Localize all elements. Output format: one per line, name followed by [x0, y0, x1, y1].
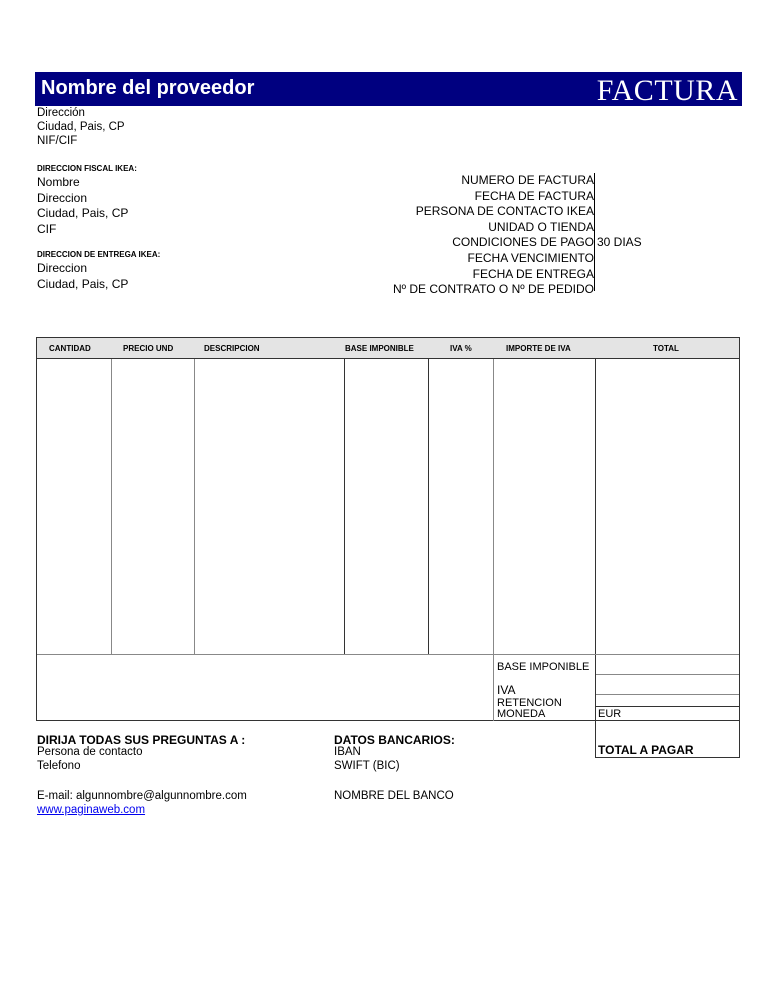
- website-link[interactable]: www.paginaweb.com: [37, 804, 145, 816]
- invoice-info-labels: NUMERO DE FACTURA FECHA DE FACTURA PERSO…: [393, 173, 594, 298]
- field-label-invoice-number: NUMERO DE FACTURA: [393, 173, 594, 189]
- summary-label-currency: MONEDA: [497, 708, 545, 720]
- col-header-description: DESCRIPCION: [204, 344, 260, 353]
- field-label-invoice-date: FECHA DE FACTURA: [393, 189, 594, 205]
- delivery-street: Direccion: [37, 261, 128, 277]
- col-header-unit-price: PRECIO UND: [123, 344, 173, 353]
- bank-info: IBAN SWIFT (BIC): [334, 745, 400, 773]
- field-label-unit-store: UNIDAD O TIENDA: [393, 220, 594, 236]
- col-header-tax-base: BASE IMPONIBLE: [345, 344, 414, 353]
- total-to-pay-box[interactable]: TOTAL A PAGAR: [595, 721, 740, 758]
- contact-email[interactable]: E-mail: algunnombre@algunnombre.com: [37, 789, 247, 803]
- vendor-address-line: Dirección: [37, 106, 125, 120]
- col-header-vat-amount: IMPORTE DE IVA: [506, 344, 571, 353]
- col-header-vat-pct: IVA %: [450, 344, 472, 353]
- vendor-city-line: Ciudad, Pais, CP: [37, 120, 125, 134]
- total-to-pay-label: TOTAL A PAGAR: [598, 743, 694, 757]
- summary-label-vat: IVA: [497, 683, 515, 697]
- bank-name: NOMBRE DEL BANCO: [334, 789, 454, 803]
- contact-person: Persona de contacto: [37, 745, 143, 759]
- field-label-due-date: FECHA VENCIMIENTO: [393, 251, 594, 267]
- field-value-payment-terms[interactable]: 30 DIAS: [597, 235, 642, 249]
- summary-value-vat[interactable]: [596, 675, 742, 694]
- field-label-contract-order: Nº DE CONTRATO O Nº DE PEDIDO: [393, 282, 594, 298]
- summary-value-tax-base[interactable]: [596, 659, 742, 674]
- items-body[interactable]: [37, 359, 739, 654]
- summary-divider: [596, 706, 739, 707]
- contact-info: Persona de contacto Telefono: [37, 745, 143, 773]
- bank-iban: IBAN: [334, 745, 400, 759]
- field-label-delivery-date: FECHA DE ENTREGA: [393, 267, 594, 283]
- vendor-name: Nombre del proveedor: [41, 77, 254, 100]
- vendor-address: Dirección Ciudad, Pais, CP NIF/CIF: [37, 106, 125, 148]
- delivery-address: Direccion Ciudad, Pais, CP: [37, 261, 128, 292]
- contact-web: E-mail: algunnombre@algunnombre.com www.…: [37, 789, 247, 817]
- items-bottom-divider: [37, 654, 739, 655]
- col-header-quantity: CANTIDAD: [49, 344, 91, 353]
- fiscal-street: Direccion: [37, 191, 128, 207]
- header-bar: Nombre del proveedor FACTURA: [35, 72, 742, 106]
- col-header-total: TOTAL: [653, 344, 679, 353]
- summary-value-withholding[interactable]: [596, 695, 742, 706]
- fiscal-name: Nombre: [37, 175, 128, 191]
- delivery-city: Ciudad, Pais, CP: [37, 277, 128, 293]
- fiscal-address-title: DIRECCION FISCAL IKEA:: [37, 164, 137, 173]
- items-table: CANTIDAD PRECIO UND DESCRIPCION BASE IMP…: [36, 337, 740, 721]
- document-title: FACTURA: [597, 74, 738, 108]
- delivery-address-title: DIRECCION DE ENTREGA IKEA:: [37, 250, 160, 259]
- field-label-contact-person: PERSONA DE CONTACTO IKEA: [393, 204, 594, 220]
- table-header: CANTIDAD PRECIO UND DESCRIPCION BASE IMP…: [37, 338, 739, 359]
- field-label-payment-terms: CONDICIONES DE PAGO: [393, 235, 594, 251]
- fiscal-address: Nombre Direccion Ciudad, Pais, CP CIF: [37, 175, 128, 237]
- vendor-nif-line: NIF/CIF: [37, 134, 125, 148]
- bank-swift: SWIFT (BIC): [334, 759, 400, 773]
- summary-value-currency[interactable]: EUR: [596, 708, 741, 720]
- summary-label-tax-base: BASE IMPONIBLE: [497, 661, 589, 673]
- fiscal-cif: CIF: [37, 222, 128, 238]
- fiscal-city: Ciudad, Pais, CP: [37, 206, 128, 222]
- info-divider: [594, 173, 595, 291]
- contact-phone: Telefono: [37, 759, 143, 773]
